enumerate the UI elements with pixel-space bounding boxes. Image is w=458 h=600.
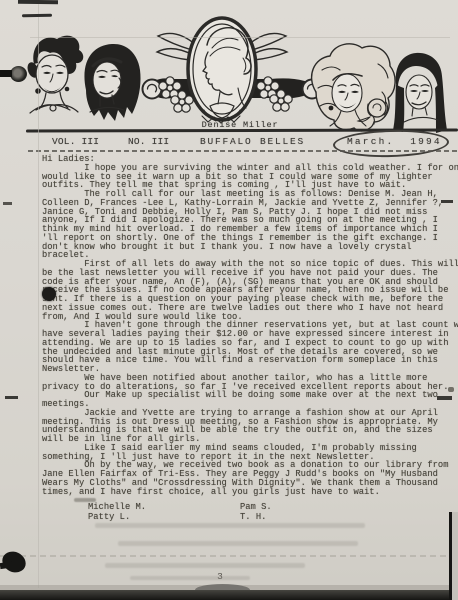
newsletter-title: BUFFALO BELLES bbox=[200, 136, 305, 147]
page-edge bbox=[452, 512, 458, 600]
body-line: times, and I have first choice, all you … bbox=[42, 488, 458, 497]
scan-edge-band bbox=[0, 590, 458, 600]
signature-name: T. H. bbox=[240, 512, 266, 522]
hole-punch bbox=[10, 66, 27, 82]
hole-punch-shadow bbox=[0, 70, 12, 77]
paper-crease bbox=[38, 0, 39, 588]
bleedthrough-text bbox=[105, 563, 305, 568]
newsletter-page: Denise Miller VOL. III NO. III BUFFALO B… bbox=[0, 0, 458, 600]
bleedthrough-text bbox=[130, 576, 250, 580]
signature-name: Michelle M. bbox=[88, 502, 146, 512]
bleedthrough-text bbox=[118, 541, 358, 546]
masthead-illustration bbox=[0, 0, 458, 138]
body-line: should have a nice time. You will find a… bbox=[42, 356, 458, 365]
scan-faint-line bbox=[30, 37, 450, 38]
bleedthrough-rule bbox=[0, 555, 458, 557]
ink-blot bbox=[42, 287, 56, 301]
body-line: don't know who brought it but I thank yo… bbox=[42, 243, 458, 252]
margin-mark bbox=[441, 200, 453, 203]
volume-label: VOL. III bbox=[52, 136, 99, 147]
pen-mark bbox=[22, 14, 52, 18]
signature-name: Pam S. bbox=[240, 502, 272, 512]
margin-mark bbox=[5, 396, 18, 399]
bleedthrough-text bbox=[95, 523, 365, 528]
pen-mark bbox=[18, 0, 58, 4]
cameo-portrait bbox=[188, 18, 256, 123]
face-sketch-1 bbox=[26, 36, 84, 113]
margin-mark bbox=[437, 396, 452, 400]
face-sketch-2 bbox=[84, 44, 140, 121]
ink-smudge bbox=[74, 498, 96, 502]
masthead-dashed-rule bbox=[28, 150, 458, 152]
issue-number-label: NO. III bbox=[128, 136, 169, 147]
signature-name: Patty L. bbox=[88, 512, 130, 522]
body-line: Our Make up specialist will be doing som… bbox=[42, 391, 458, 400]
page-edge-shadow bbox=[449, 512, 452, 600]
face-sketch-4 bbox=[393, 53, 447, 133]
face-sketch-3 bbox=[312, 44, 396, 131]
margin-mark bbox=[3, 202, 12, 205]
margin-mark bbox=[448, 387, 454, 392]
body-text: Hi Ladies: I hope you are surviving the … bbox=[42, 155, 458, 496]
